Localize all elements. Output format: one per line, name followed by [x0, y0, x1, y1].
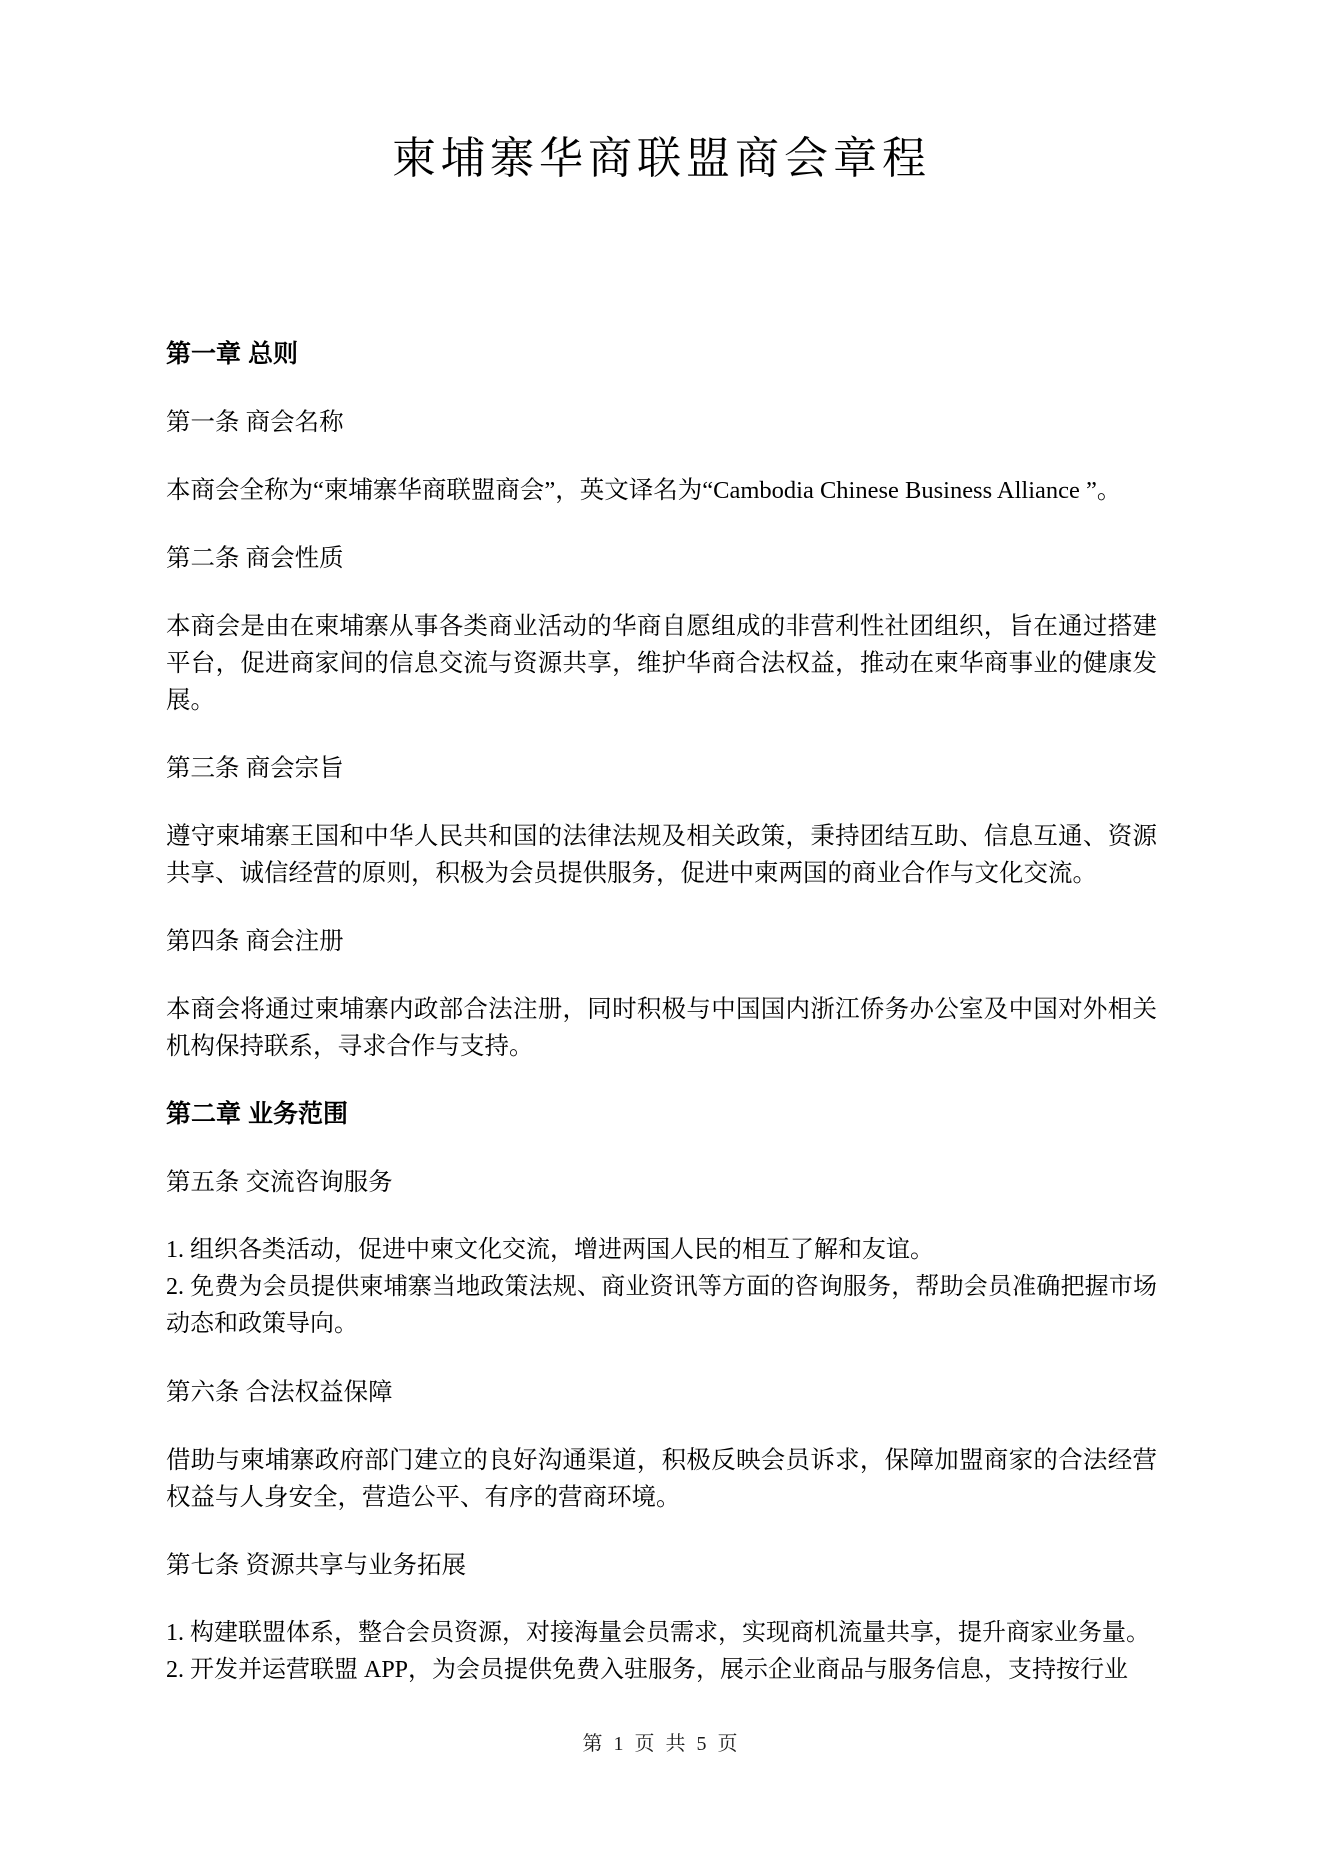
article-heading: 第二条 商会性质: [166, 540, 1157, 577]
article-heading: 第六条 合法权益保障: [166, 1374, 1157, 1411]
article-heading: 第五条 交流咨询服务: [166, 1164, 1157, 1201]
numbered-list: 1. 构建联盟体系，整合会员资源，对接海量会员需求，实现商机流量共享，提升商家业…: [166, 1615, 1157, 1689]
numbered-list: 1. 组织各类活动，促进中柬文化交流，增进两国人民的相互了解和友谊。 2. 免费…: [166, 1232, 1157, 1343]
chapter-heading: 第一章 总则: [166, 336, 1157, 373]
article-heading: 第七条 资源共享与业务拓展: [166, 1547, 1157, 1584]
article-heading: 第四条 商会注册: [166, 923, 1157, 960]
paragraph: 借助与柬埔寨政府部门建立的良好沟通渠道，积极反映会员诉求，保障加盟商家的合法经营…: [166, 1442, 1157, 1516]
paragraph: 本商会将通过柬埔寨内政部合法注册，同时积极与中国国内浙江侨务办公室及中国对外相关…: [166, 991, 1157, 1065]
document-page: 柬埔寨华商联盟商会章程 第一章 总则第一条 商会名称本商会全称为“柬埔寨华商联盟…: [0, 0, 1323, 1871]
chapter-heading: 第二章 业务范围: [166, 1096, 1157, 1133]
paragraph: 本商会全称为“柬埔寨华商联盟商会”，英文译名为“Cambodia Chinese…: [166, 472, 1157, 509]
page-number-footer: 第 1 页 共 5 页: [0, 1727, 1323, 1756]
document-title: 柬埔寨华商联盟商会章程: [0, 0, 1323, 188]
article-heading: 第三条 商会宗旨: [166, 750, 1157, 787]
document-body: 第一章 总则第一条 商会名称本商会全称为“柬埔寨华商联盟商会”，英文译名为“Ca…: [0, 336, 1323, 1689]
paragraph: 本商会是由在柬埔寨从事各类商业活动的华商自愿组成的非营利性社团组织，旨在通过搭建…: [166, 608, 1157, 719]
paragraph: 遵守柬埔寨王国和中华人民共和国的法律法规及相关政策，秉持团结互助、信息互通、资源…: [166, 818, 1157, 892]
article-heading: 第一条 商会名称: [166, 404, 1157, 441]
